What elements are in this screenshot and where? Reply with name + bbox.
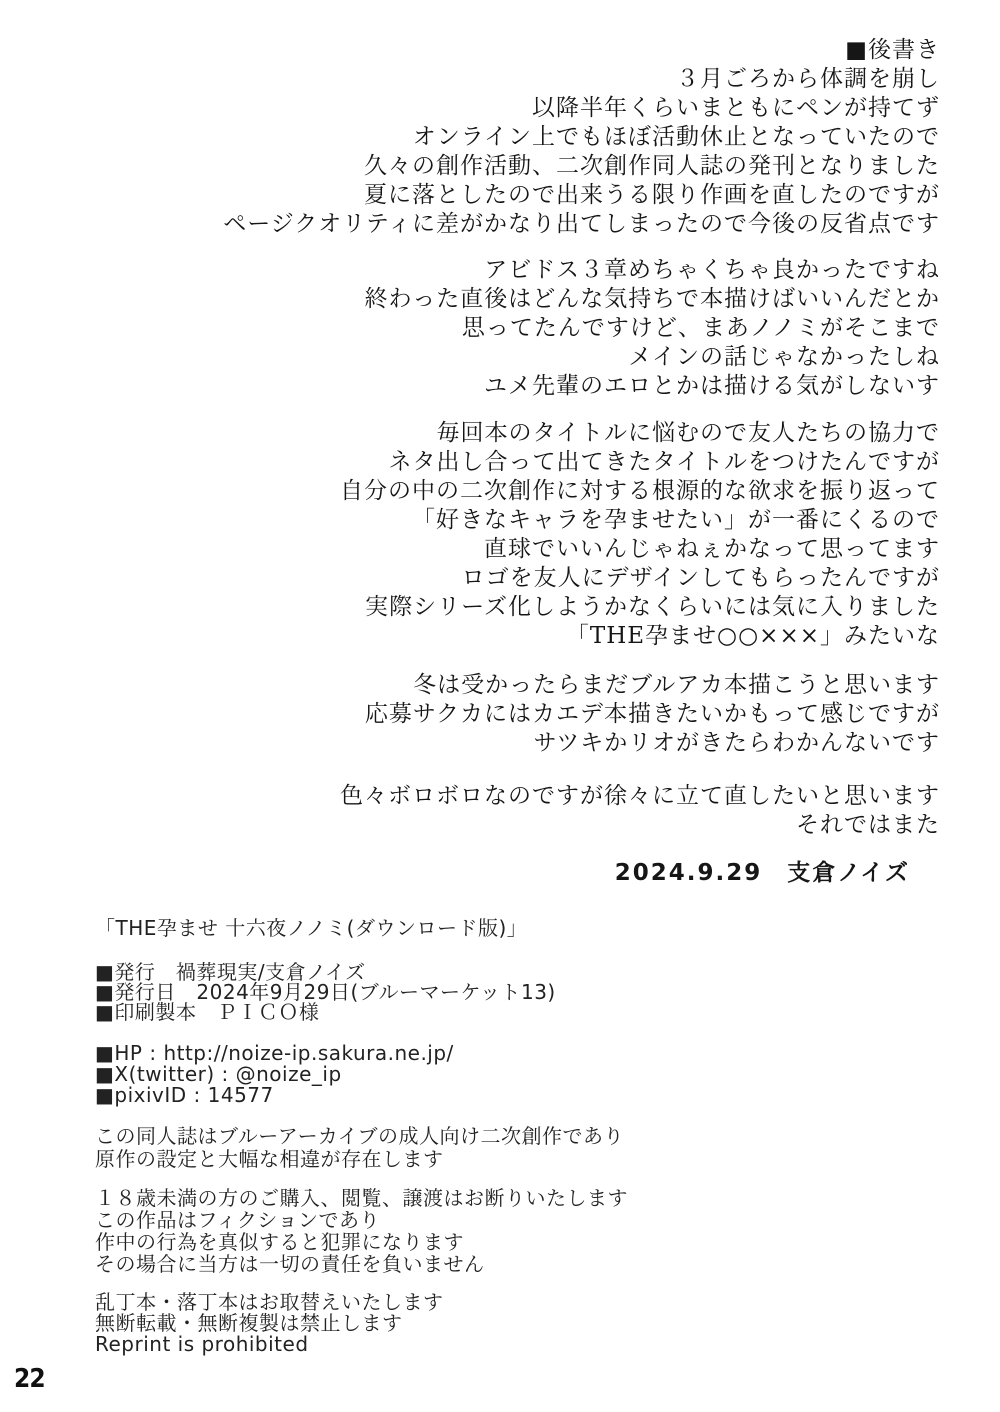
afterword-line: ３月ごろから体調を崩し xyxy=(60,65,940,94)
notice-line: １８歳未満の方のご購入、閲覧、譲渡はお断りいたします xyxy=(95,1187,960,1209)
afterword-section: ■後書き ３月ごろから体調を崩し 以降半年くらいまともにペンが持てず オンライン… xyxy=(60,36,940,888)
notice-line: 作中の行為を真似すると犯罪になります xyxy=(95,1231,960,1253)
afterword-line: メインの話じゃなかったしね xyxy=(60,343,940,372)
afterword-paragraph-1: ■後書き ３月ごろから体調を崩し 以降半年くらいまともにペンが持てず オンライン… xyxy=(60,36,940,239)
afterword-paragraph-4: 冬は受かったらまだブルアカ本描こうと思います 応募サクカにはカエデ本描きたいかも… xyxy=(60,671,940,758)
notice-line: その場合に当方は一切の責任を負いません xyxy=(95,1253,960,1275)
afterword-paragraph-5: 色々ボロボロなのですが徐々に立て直したいと思います それではまた xyxy=(60,782,940,840)
reprint-prohibition-notice: 乱丁本・落丁本はお取替えいたします 無断転載・無断複製は禁止します Reprin… xyxy=(95,1292,960,1355)
afterword-line: 直球でいいんじゃねぇかなって思ってます xyxy=(60,535,940,564)
afterword-line: オンライン上でもほぼ活動休止となっていたので xyxy=(60,123,940,152)
afterword-heading: ■後書き xyxy=(60,36,940,65)
afterword-line: 実際シリーズ化しようかなくらいには気に入りました xyxy=(60,593,940,622)
afterword-line: ロゴを友人にデザインしてもらったんですが xyxy=(60,564,940,593)
colophon-section: 「THE孕ませ 十六夜ノノミ(ダウンロード版)」 ■発行 禍葬現実/支倉ノイズ … xyxy=(95,916,960,1355)
afterword-line: 「THE孕ませ○○×××」みたいな xyxy=(60,622,940,651)
notice-line: この作品はフィクションであり xyxy=(95,1209,960,1231)
afterword-line: 「好きなキャラを孕ませたい」が一番にくるので xyxy=(60,506,940,535)
afterword-line: 冬は受かったらまだブルアカ本描こうと思います xyxy=(60,671,940,700)
afterword-line: アビドス３章めちゃくちゃ良かったですね xyxy=(60,256,940,285)
age-restriction-notice: １８歳未満の方のご購入、閲覧、譲渡はお断りいたします この作品はフィクションであ… xyxy=(95,1187,960,1275)
afterword-line: それではまた xyxy=(60,811,940,840)
publication-info: ■発行 禍葬現実/支倉ノイズ ■発行日 2024年9月29日(ブルーマーケット1… xyxy=(95,962,960,1022)
publish-date-line: ■発行日 2024年9月29日(ブルーマーケット13) xyxy=(95,982,960,1002)
afterword-line: ネタ出し合って出てきたタイトルをつけたんですが xyxy=(60,448,940,477)
notice-line: この同人誌はブルーアーカイブの成人向け二次創作であり xyxy=(95,1125,960,1148)
derivative-work-notice: この同人誌はブルーアーカイブの成人向け二次創作であり 原作の設定と大幅な相違が存… xyxy=(95,1125,960,1171)
notice-line: 原作の設定と大幅な相違が存在します xyxy=(95,1148,960,1171)
afterword-line: サツキかリオがきたらわかんないです xyxy=(60,729,940,758)
afterword-line: 夏に落としたので出来うる限り作画を直したのですが xyxy=(60,181,940,210)
afterword-line: 以降半年くらいまともにペンが持てず xyxy=(60,94,940,123)
afterword-paragraph-2: アビドス３章めちゃくちゃ良かったですね 終わった直後はどんな気持ちで本描けばいい… xyxy=(60,256,940,401)
notice-line: Reprint is prohibited xyxy=(95,1334,960,1355)
contact-info: ■HP : http://noize-ip.sakura.ne.jp/ ■X(t… xyxy=(95,1043,960,1106)
afterword-line: 終わった直後はどんな気持ちで本描けばいいんだとか xyxy=(60,285,940,314)
signoff-date-author: 2024.9.29 支倉ノイズ xyxy=(60,859,940,888)
afterword-line: 自分の中の二次創作に対する根源的な欲求を振り返って xyxy=(60,477,940,506)
afterword-line: 色々ボロボロなのですが徐々に立て直したいと思います xyxy=(60,782,940,811)
notice-line: 乱丁本・落丁本はお取替えいたします xyxy=(95,1292,960,1313)
printer-line: ■印刷製本 ＰＩＣＯ様 xyxy=(95,1002,960,1022)
homepage-line: ■HP : http://noize-ip.sakura.ne.jp/ xyxy=(95,1043,960,1064)
afterword-paragraph-3: 毎回本のタイトルに悩むので友人たちの協力で ネタ出し合って出てきたタイトルをつけ… xyxy=(60,419,940,651)
notice-line: 無断転載・無断複製は禁止します xyxy=(95,1313,960,1334)
book-title: 「THE孕ませ 十六夜ノノミ(ダウンロード版)」 xyxy=(95,916,960,940)
afterword-line: 久々の創作活動、二次創作同人誌の発刊となりました xyxy=(60,152,940,181)
afterword-line: 応募サクカにはカエデ本描きたいかもって感じですが xyxy=(60,700,940,729)
afterword-line: ページクオリティに差がかなり出てしまったので今後の反省点です xyxy=(60,210,940,239)
afterword-line: 毎回本のタイトルに悩むので友人たちの協力で xyxy=(60,419,940,448)
afterword-line: ユメ先輩のエロとかは描ける気がしないす xyxy=(60,372,940,401)
doujinshi-afterword-page: ■後書き ３月ごろから体調を崩し 以降半年くらいまともにペンが持てず オンライン… xyxy=(0,0,1000,1412)
twitter-line: ■X(twitter) : @noize_ip xyxy=(95,1064,960,1085)
afterword-line: 思ってたんですけど、まあノノミがそこまで xyxy=(60,314,940,343)
page-number: 22 xyxy=(14,1364,45,1394)
publisher-line: ■発行 禍葬現実/支倉ノイズ xyxy=(95,962,960,982)
pixiv-line: ■pixivID : 14577 xyxy=(95,1085,960,1106)
